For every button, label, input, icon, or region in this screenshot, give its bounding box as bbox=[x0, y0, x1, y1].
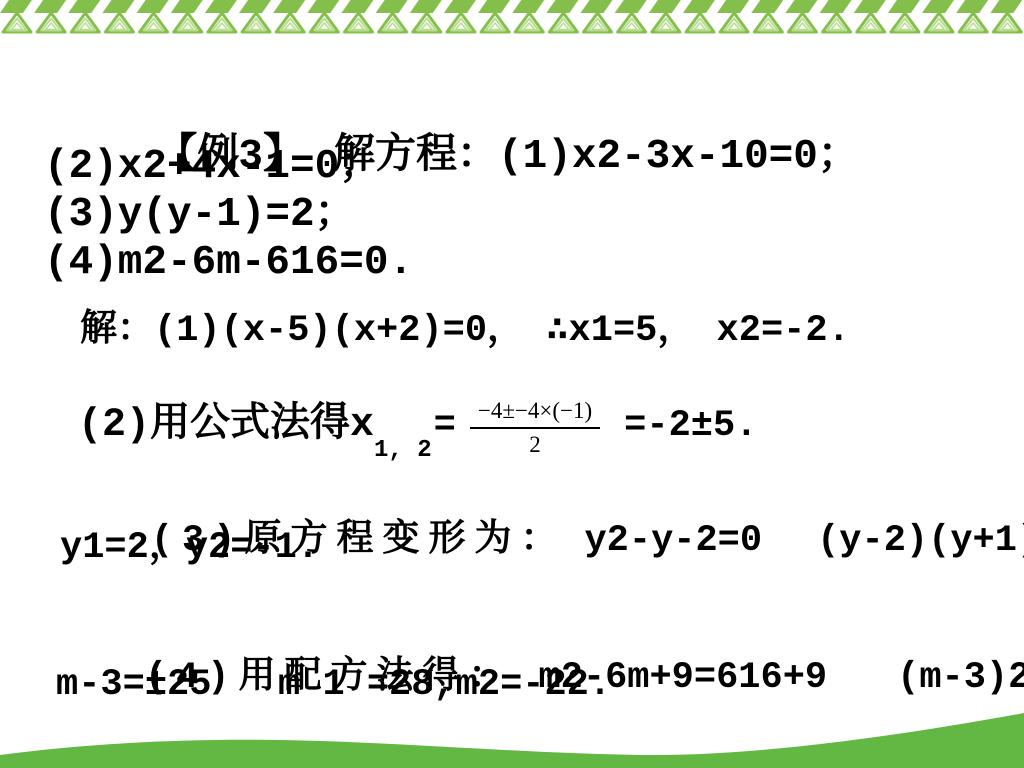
problem-line-4: (4)m2-6m-616=0. bbox=[44, 242, 413, 285]
bottom-wave-shape bbox=[0, 713, 1024, 768]
fraction-numerator: −4±−4×(−1) bbox=[470, 398, 600, 429]
problem-line-1-text: 解方程：(1)x2-3x-10=0； bbox=[334, 134, 859, 180]
step2-lead: (2)用公式法得x bbox=[78, 405, 374, 447]
problem-line-2: (2)x2+4x-1=0； bbox=[44, 146, 380, 189]
step3-eq1: y2-y-2=0 bbox=[584, 520, 762, 562]
slide: 【例3】解方程：(1)x2-3x-10=0； (2)x2+4x-1=0； (3)… bbox=[0, 0, 1024, 768]
step3-eq2: (y-2)(y+1)=0 bbox=[817, 520, 1024, 562]
step2-equals: = bbox=[434, 407, 456, 446]
bottom-wave bbox=[0, 710, 1024, 768]
fraction-denominator: 2 bbox=[529, 429, 541, 458]
solution-step-3-line-2: y1=2，y2=-1. bbox=[60, 529, 319, 568]
solution-step-2: (2)用公式法得x 1, 2 = −4±−4×(−1) 2 =-2±5. bbox=[78, 396, 757, 457]
solution-step-4-line-2: m-3=±25 m 1 =28,m2=-22. bbox=[56, 666, 611, 705]
problem-line-3: (3)y(y-1)=2； bbox=[44, 194, 356, 237]
top-border-pattern bbox=[0, 0, 1024, 40]
step2-result: =-2±5. bbox=[624, 407, 757, 446]
solution-step-1: 解：(1)(x-5)(x+2)=0， ∴x1=5， x2=-2. bbox=[80, 312, 850, 351]
step2-subscript: 1, 2 bbox=[374, 438, 432, 463]
step4-eq2: (m-3)2=625 bbox=[897, 657, 1024, 699]
border-fill bbox=[0, 0, 1024, 40]
fraction: −4±−4×(−1) 2 bbox=[470, 398, 600, 459]
